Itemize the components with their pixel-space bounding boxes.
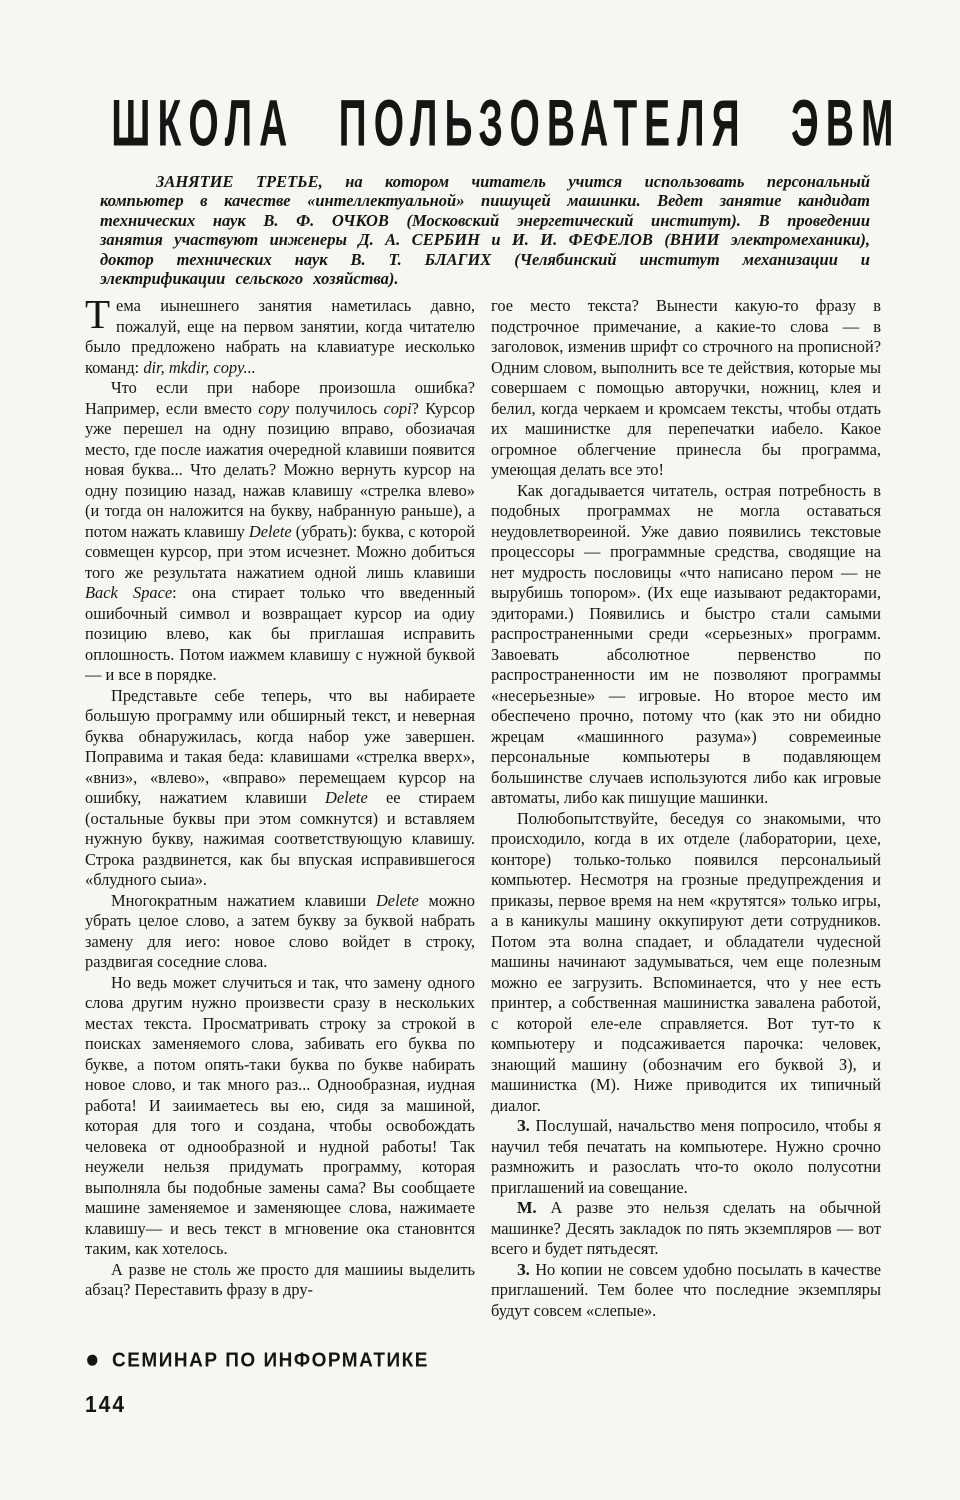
paragraph: гое место текста? Вынести какую-то фразу… <box>491 296 881 481</box>
paragraph: А разве не столь же просто для машииы вы… <box>85 1260 475 1301</box>
magazine-page: ШКОЛА ПОЛЬЗОВАТЕЛЯ ЭВМ ЗАНЯТИЕ ТРЕТЬЕ, н… <box>0 0 960 1500</box>
paragraph: Тема иынешнего занятия наметилась давно,… <box>85 296 475 378</box>
paragraph: Как догадывается читатель, острая потреб… <box>491 481 881 809</box>
drop-cap: Т <box>85 296 116 331</box>
paragraph: З. Послушай, начальство меня попросило, … <box>491 1116 881 1198</box>
page-number: 144 <box>85 1392 126 1418</box>
section-heading: ● СЕМИНАР ПО ИНФОРМАТИКЕ <box>85 1348 429 1374</box>
left-column: Тема иынешнего занятия наметилась давно,… <box>85 296 475 1321</box>
lead-paragraph: ЗАНЯТИЕ ТРЕТЬЕ, на котором читатель учит… <box>100 172 870 288</box>
paragraph: М. А разве это нельзя сделать на обычной… <box>491 1198 881 1260</box>
right-column: гое место текста? Вынести какую-то фразу… <box>491 296 881 1321</box>
article-body: Тема иынешнего занятия наметилась давно,… <box>85 296 881 1321</box>
section-bullet-icon: ● <box>85 1347 101 1373</box>
paragraph: Представьте себе теперь, что вы набирает… <box>85 686 475 891</box>
paragraph: Полюбопытствуйте, беседуя со знакомыми, … <box>491 809 881 1117</box>
paragraph: З. Но копии не совсем удобно посылать в … <box>491 1260 881 1322</box>
paragraph: Многократным нажатием клавиши Delete мож… <box>85 891 475 973</box>
paragraph: Что если при наборе произошла ошибка? На… <box>85 378 475 686</box>
page-title-wrap: ШКОЛА ПОЛЬЗОВАТЕЛЯ ЭВМ <box>0 90 960 140</box>
section-heading-label: СЕМИНАР ПО ИНФОРМАТИКЕ <box>112 1349 429 1373</box>
paragraph: Но ведь может случиться и так, что замен… <box>85 973 475 1260</box>
page-title: ШКОЛА ПОЛЬЗОВАТЕЛЯ ЭВМ <box>111 90 900 156</box>
